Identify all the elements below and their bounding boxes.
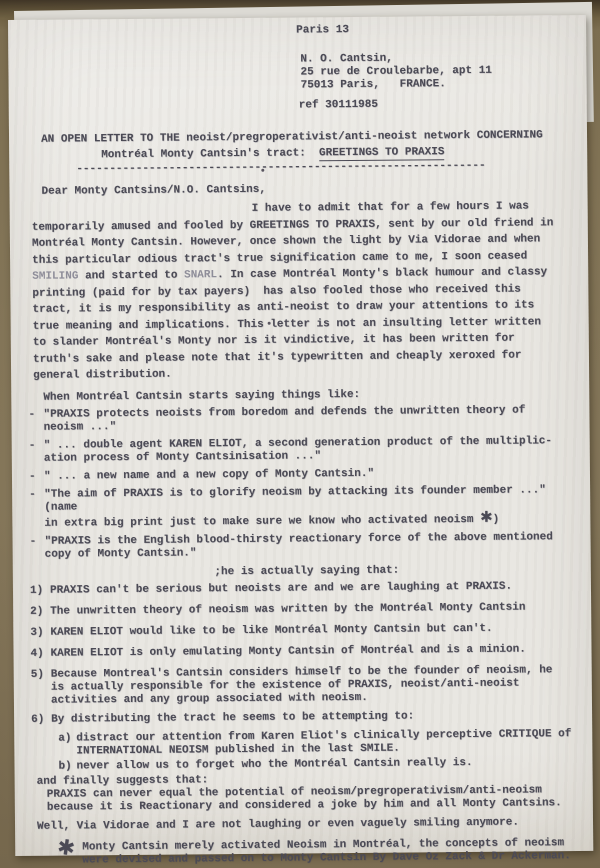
footnote-asterisk: ✱ — [56, 836, 76, 859]
faded-word-smiling: SMILING — [32, 270, 78, 282]
closing-line: Well, Via Vidorae and I are not laughing… — [37, 815, 581, 834]
item-letter: b) — [58, 760, 71, 773]
interpretation-heading: ;he is actually saying that: — [35, 562, 579, 581]
paragraph-text: . In case Montréal Monty's black humour … — [32, 266, 547, 381]
dash-bullet: - — [29, 470, 36, 483]
sub-item: a)distract our attention from Karen Elio… — [58, 728, 580, 759]
quoted-claim: -" ... a new name and a new copy of Mont… — [29, 466, 578, 484]
dash-bullet: - — [29, 439, 36, 452]
title-tract-name: GREETINGS TO PRAXIS — [319, 146, 445, 161]
item-number: 2) — [30, 605, 43, 618]
place-line: Paris 13 — [296, 21, 574, 37]
footnote: ✱Monty Cantsin merely activated Neoism i… — [57, 837, 581, 868]
cardboard-background: Paris 13 N. O. Cantsin, 25 rue de Croule… — [0, 0, 600, 868]
dash-bullet: - — [28, 408, 35, 421]
quoted-claim: -"PRAXIS protects neoists from boredom a… — [28, 404, 577, 435]
paragraph-text: I have to admit that for a few hours I w… — [32, 200, 554, 266]
item-number: 5) — [31, 668, 44, 681]
letter-content: Paris 13 N. O. Cantsin, 25 rue de Croule… — [30, 21, 581, 852]
ref-number: ref 30111985 — [299, 96, 575, 112]
opening-paragraph: I have to admit that for a few hours I w… — [32, 198, 578, 384]
numbered-item: 6)By distributing the tract he seems to … — [31, 709, 580, 727]
sub-items-list: a)distract our attention from Karen Elio… — [58, 728, 580, 774]
quoted-claim: -"The aim of PRAXIS is to glorify neoism… — [29, 484, 578, 531]
numbered-item: 3)KAREN ELIOT would like to be like Mont… — [30, 622, 579, 640]
item-letter: a) — [58, 732, 71, 745]
numbered-item: 2)The unwritten theory of neoism was wri… — [30, 601, 579, 619]
letter-title: AN OPEN LETTER TO THE neoist/pregroperat… — [31, 127, 575, 176]
dash-bullet: - — [29, 535, 36, 548]
numbered-item: 4)KAREN ELIOT is only emulating Monty Ca… — [30, 643, 579, 661]
item-number: 4) — [30, 647, 43, 660]
sender-city: 75013 Paris, FRANCE. — [301, 77, 575, 92]
interpretation-list: 1)PRAXIS can't be serious but neoists ar… — [30, 580, 580, 727]
dash-bullet: - — [29, 488, 36, 501]
numbered-item: 5)Because Montreal's Cantsin considers h… — [31, 664, 580, 708]
quotes-intro: When Montréal Cantsin starts saying thin… — [43, 386, 577, 405]
paper-sheet: Paris 13 N. O. Cantsin, 25 rue de Croule… — [8, 15, 593, 856]
footnote-text: Monty Cantsin merely activated Neoism in… — [82, 837, 571, 866]
salutation: Dear Monty Cantsins/N.O. Cantsins, — [41, 180, 575, 199]
sender-address: N. O. Cantsin, 25 rue de Croulebarbe, ap… — [300, 51, 574, 92]
numbered-item: 1)PRAXIS can't be serious but neoists ar… — [30, 580, 579, 598]
title-line-2-prefix: Montréal Monty Cantsin's tract: — [101, 147, 319, 161]
quoted-claim: -"PRAXIS is the English blood-thirsty re… — [29, 531, 578, 562]
item-number: 3) — [30, 626, 43, 639]
item-number: 6) — [31, 713, 44, 726]
asterisk-mark: ✱ — [480, 507, 493, 525]
quoted-claim: -" ... double agent KAREN ELIOT, a secon… — [29, 435, 578, 466]
quoted-claims-list: -"PRAXIS protects neoists from boredom a… — [28, 404, 578, 562]
item-number: 1) — [30, 584, 43, 597]
faded-word-snarl: SNARL — [184, 269, 217, 281]
finally-text: PRAXIS can never equal the potential of … — [47, 784, 581, 815]
paragraph-text: and started to — [78, 269, 184, 282]
